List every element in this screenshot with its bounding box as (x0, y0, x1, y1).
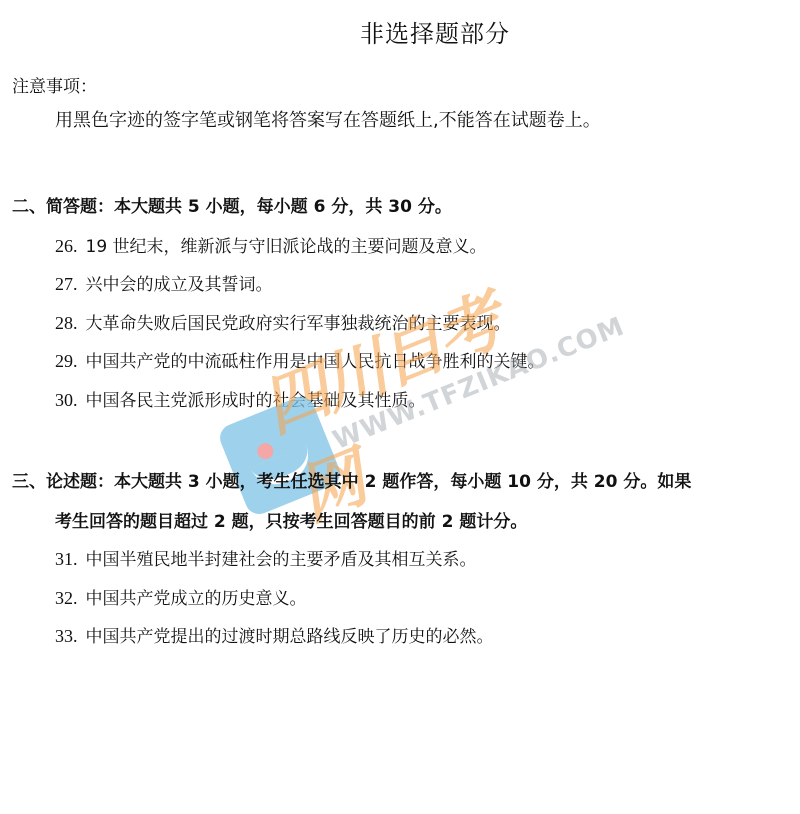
section-3-heading-line2: 考生回答的题目超过 2 题，只按考生回答题目的前 2 题计分。 (55, 507, 527, 532)
question-30: 30.中国各民主党派形成时的社会基础及其性质。 (55, 386, 426, 411)
question-number: 28. (55, 313, 78, 333)
page-title: 非选择题部分 (0, 14, 800, 49)
question-33: 33.中国共产党提出的过渡时期总路线反映了历史的必然。 (55, 622, 494, 647)
question-text: 19 世纪末，维新派与守旧派论战的主要问题及意义。 (86, 237, 487, 257)
section-3-heading-line1: 三、论述题：本大题共 3 小题，考生任选其中 2 题作答，每小题 10 分，共 … (12, 467, 691, 492)
question-27: 27.兴中会的成立及其誓词。 (55, 270, 273, 295)
notice-label: 注意事项： (12, 72, 97, 97)
question-32: 32.中国共产党成立的历史意义。 (55, 584, 307, 609)
question-text: 中国半殖民地半封建社会的主要矛盾及其相互关系。 (86, 550, 477, 570)
watermark-logo-icon (216, 393, 344, 519)
question-number: 27. (55, 274, 78, 294)
question-text: 中国各民主党派形成时的社会基础及其性质。 (86, 391, 426, 411)
question-28: 28.大革命失败后国民党政府实行军事独裁统治的主要表现。 (55, 309, 511, 334)
question-text: 中国共产党提出的过渡时期总路线反映了历史的必然。 (86, 627, 494, 647)
question-29: 29.中国共产党的中流砥柱作用是中国人民抗日战争胜利的关键。 (55, 347, 545, 372)
question-text: 兴中会的成立及其誓词。 (86, 275, 273, 295)
question-number: 33. (55, 626, 78, 646)
question-number: 32. (55, 588, 78, 608)
question-text: 中国共产党成立的历史意义。 (86, 589, 307, 609)
watermark-dot-icon (255, 441, 276, 462)
question-number: 29. (55, 351, 78, 371)
notice-text: 用黑色字迹的签字笔或钢笔将答案写在答题纸上,不能答在试题卷上。 (55, 106, 601, 132)
section-2-heading: 二、简答题：本大题共 5 小题，每小题 6 分，共 30 分。 (12, 192, 452, 217)
question-text: 大革命失败后国民党政府实行军事独裁统治的主要表现。 (86, 314, 511, 334)
question-26: 26.19 世纪末，维新派与守旧派论战的主要问题及意义。 (55, 232, 487, 257)
question-31: 31.中国半殖民地半封建社会的主要矛盾及其相互关系。 (55, 545, 477, 570)
question-text: 中国共产党的中流砥柱作用是中国人民抗日战争胜利的关键。 (86, 352, 545, 372)
question-number: 31. (55, 549, 78, 569)
question-number: 30. (55, 390, 78, 410)
question-number: 26. (55, 236, 78, 256)
